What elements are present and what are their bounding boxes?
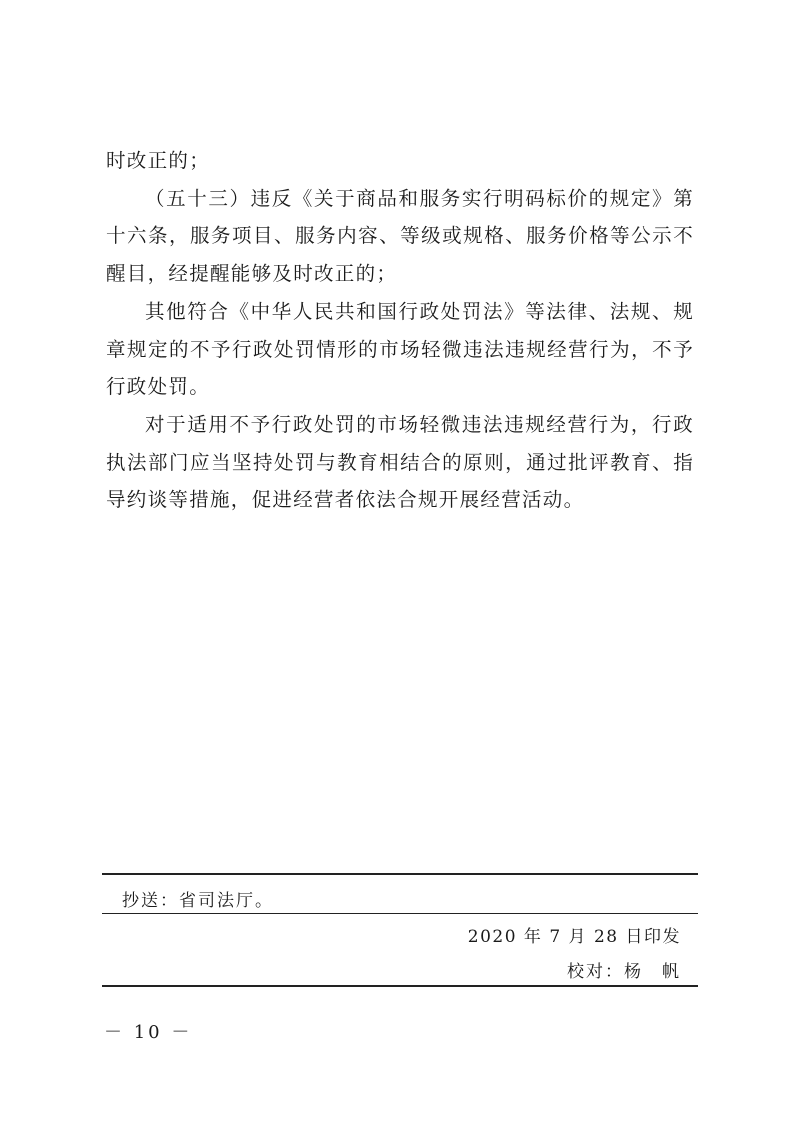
document-body: 时改正的； （五十三）违反《关于商品和服务实行明码标价的规定》第十六条，服务项目… [106,142,694,519]
issue-date: 2020 年 7 月 28 日印发 [468,922,681,947]
paragraph-enforcement-principle: 对于适用不予行政处罚的市场轻微违法违规经营行为，行政执法部门应当坚持处罚与教育相… [106,406,694,519]
proofreader-line: 校对：杨 帆 [567,957,681,982]
paragraph-item-53: （五十三）违反《关于商品和服务实行明码标价的规定》第十六条，服务项目、服务内容、… [106,180,694,293]
footer-top-rule [102,873,698,875]
paragraph-other-cases: 其他符合《中华人民共和国行政处罚法》等法律、法规、规章规定的不予行政处罚情形的市… [106,293,694,406]
page-number: － 10 － [104,1018,192,1044]
footer-bottom-rule [102,985,698,987]
cc-line: 抄送：省司法厅。 [122,886,274,911]
footer-middle-rule [102,913,698,914]
paragraph-continuation: 时改正的； [106,142,694,180]
